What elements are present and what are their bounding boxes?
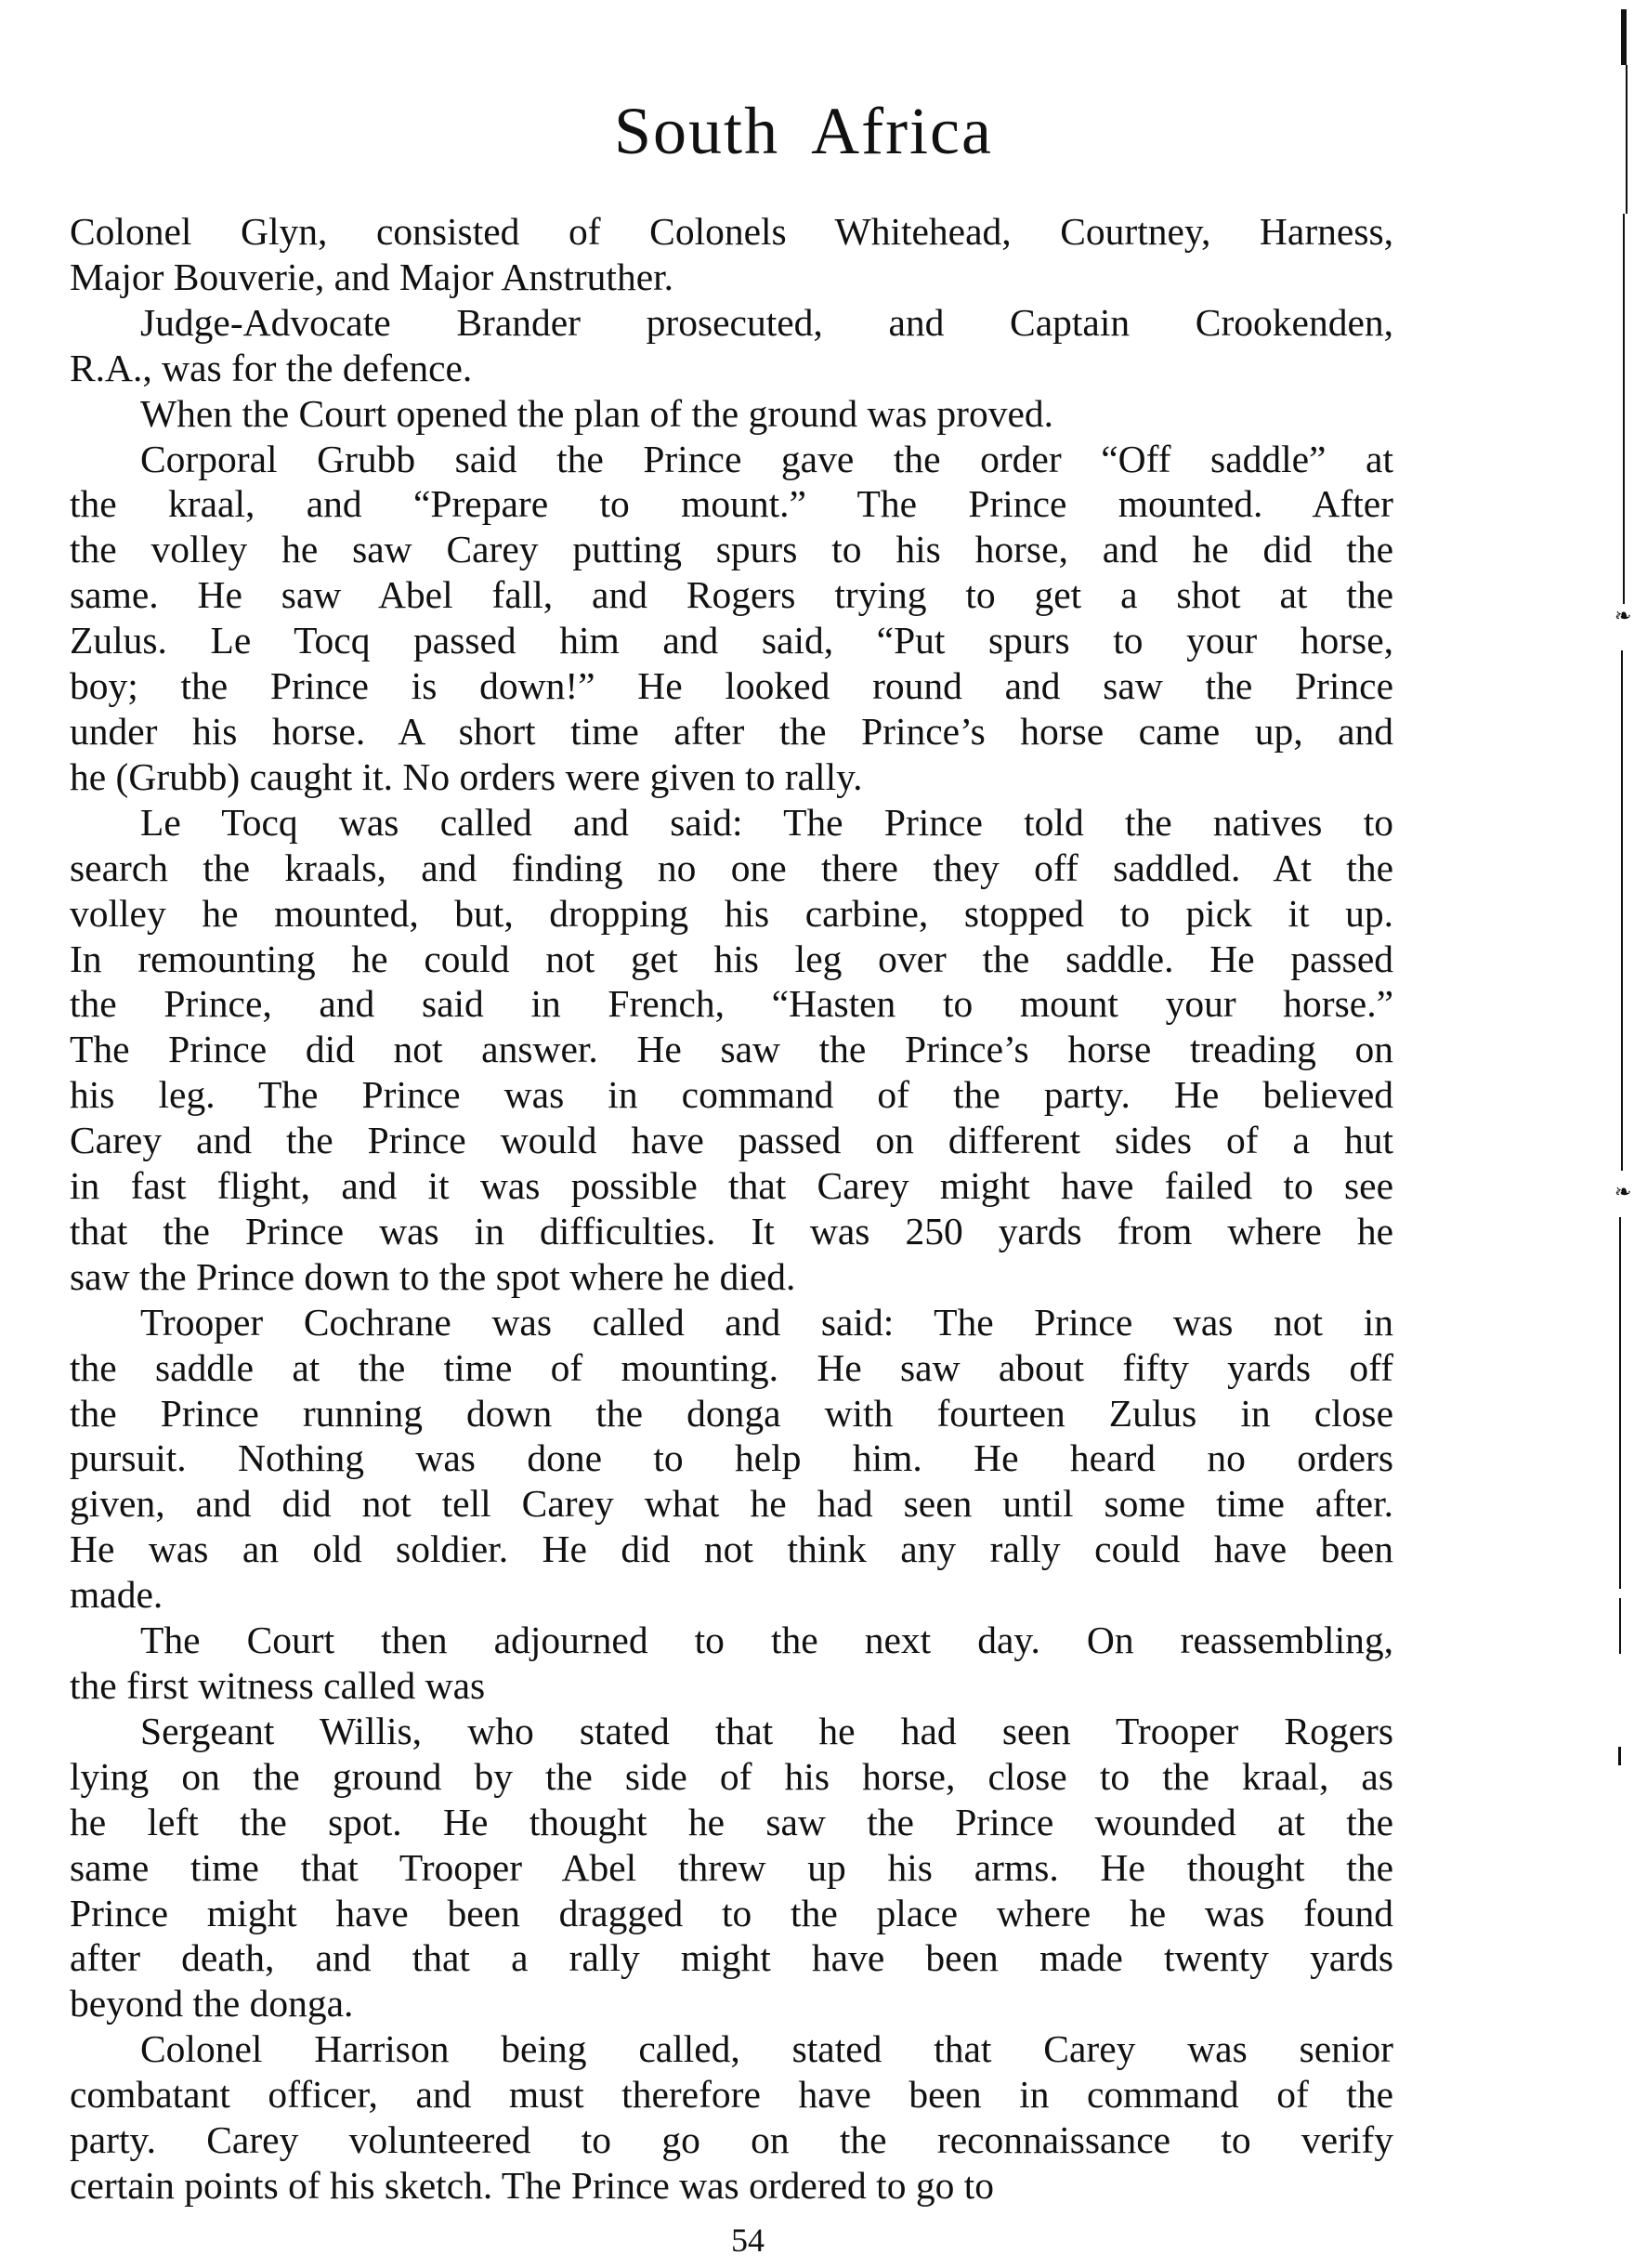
scan-edge-line <box>1621 9 1627 65</box>
text-line: Carey and the Prince would have passed o… <box>70 1118 1393 1163</box>
text-line: that the Prince was in difficulties. It … <box>70 1209 1393 1254</box>
paragraph: Colonel Harrison being called, stated th… <box>70 2026 1393 2209</box>
text-line: party. Carey volunteered to go on the re… <box>70 2117 1393 2163</box>
text-line: the Prince, and said in French, “Hasten … <box>70 981 1393 1027</box>
text-line: his leg. The Prince was in command of th… <box>70 1072 1393 1118</box>
text-line: Major Bouverie, and Major Anstruther. <box>70 255 1393 300</box>
text-line: Trooper Cochrane was called and said: Th… <box>70 1300 1393 1345</box>
text-line: boy; the Prince is down!” He looked roun… <box>70 663 1393 709</box>
text-line: Corporal Grubb said the Prince gave the … <box>70 437 1393 482</box>
text-line: combatant officer, and must therefore ha… <box>70 2072 1393 2117</box>
paragraph: Judge-Advocate Brander prosecuted, and C… <box>70 300 1393 391</box>
scan-edge-line <box>1626 65 1627 214</box>
paragraph: Sergeant Willis, who stated that he had … <box>70 1709 1393 2026</box>
text-line: Prince might have been dragged to the pl… <box>70 1891 1393 1936</box>
body-text: Colonel Glyn, consisted of Colonels Whit… <box>70 209 1393 2209</box>
scan-edge-mark: ❧ <box>1614 604 1631 628</box>
text-line: R.A., was for the defence. <box>70 346 1393 391</box>
text-line: under his horse. A short time after the … <box>70 709 1393 754</box>
text-line: The Prince did not answer. He saw the Pr… <box>70 1027 1393 1072</box>
text-line: the saddle at the time of mounting. He s… <box>70 1345 1393 1391</box>
book-page: South Africa Colonel Glyn, consisted of … <box>0 0 1634 2268</box>
running-head: South Africa <box>0 93 1607 170</box>
page-number: 54 <box>706 2221 790 2260</box>
text-line: given, and did not tell Carey what he ha… <box>70 1481 1393 1527</box>
text-line: beyond the donga. <box>70 1981 1393 2026</box>
text-line: Le Tocq was called and said: The Prince … <box>70 800 1393 846</box>
scan-edge-line <box>1623 214 1625 604</box>
paragraph: Colonel Glyn, consisted of Colonels Whit… <box>70 209 1393 300</box>
text-line: In remounting he could not get his leg o… <box>70 937 1393 982</box>
text-line: Colonel Harrison being called, stated th… <box>70 2026 1393 2072</box>
paragraph: When the Court opened the plan of the gr… <box>70 391 1393 437</box>
text-line: he (Grubb) caught it. No orders were giv… <box>70 754 1393 800</box>
paragraph: Trooper Cochrane was called and said: Th… <box>70 1300 1393 1618</box>
text-line: same time that Trooper Abel threw up his… <box>70 1845 1393 1891</box>
text-line: search the kraals, and finding no one th… <box>70 846 1393 891</box>
text-line: He was an old soldier. He did not think … <box>70 1527 1393 1572</box>
text-line: the first witness called was <box>70 1663 1393 1709</box>
text-line: after death, and that a rally might have… <box>70 1935 1393 1981</box>
text-line: Colonel Glyn, consisted of Colonels Whit… <box>70 209 1393 255</box>
paragraph: Corporal Grubb said the Prince gave the … <box>70 437 1393 800</box>
scan-edge-line <box>1619 1217 1621 1589</box>
text-line: pursuit. Nothing was done to help him. H… <box>70 1436 1393 1481</box>
paragraph: The Court then adjourned to the next day… <box>70 1618 1393 1709</box>
text-line: the kraal, and “Prepare to mount.” The P… <box>70 481 1393 527</box>
text-line: The Court then adjourned to the next day… <box>70 1618 1393 1663</box>
paragraph: Le Tocq was called and said: The Prince … <box>70 800 1393 1300</box>
text-line: the volley he saw Carey putting spurs to… <box>70 527 1393 572</box>
scan-edge-mark: ❧ <box>1614 1180 1631 1204</box>
text-line: saw the Prince down to the spot where he… <box>70 1254 1393 1300</box>
text-line: When the Court opened the plan of the gr… <box>70 391 1393 437</box>
text-line: the Prince running down the donga with f… <box>70 1391 1393 1436</box>
scan-edge-line <box>1619 1598 1621 1654</box>
text-line: same. He saw Abel fall, and Rogers tryin… <box>70 572 1393 618</box>
scan-edge-line <box>1618 1747 1621 1765</box>
text-line: certain points of his sketch. The Prince… <box>70 2163 1393 2209</box>
text-line: in fast flight, and it was possible that… <box>70 1163 1393 1209</box>
text-line: volley he mounted, but, dropping his car… <box>70 891 1393 937</box>
text-line: he left the spot. He thought he saw the … <box>70 1800 1393 1845</box>
text-line: made. <box>70 1572 1393 1618</box>
text-line: lying on the ground by the side of his h… <box>70 1754 1393 1800</box>
text-line: Judge-Advocate Brander prosecuted, and C… <box>70 300 1393 346</box>
text-line: Sergeant Willis, who stated that he had … <box>70 1709 1393 1754</box>
scan-edge-line <box>1621 650 1623 1171</box>
text-line: Zulus. Le Tocq passed him and said, “Put… <box>70 618 1393 663</box>
